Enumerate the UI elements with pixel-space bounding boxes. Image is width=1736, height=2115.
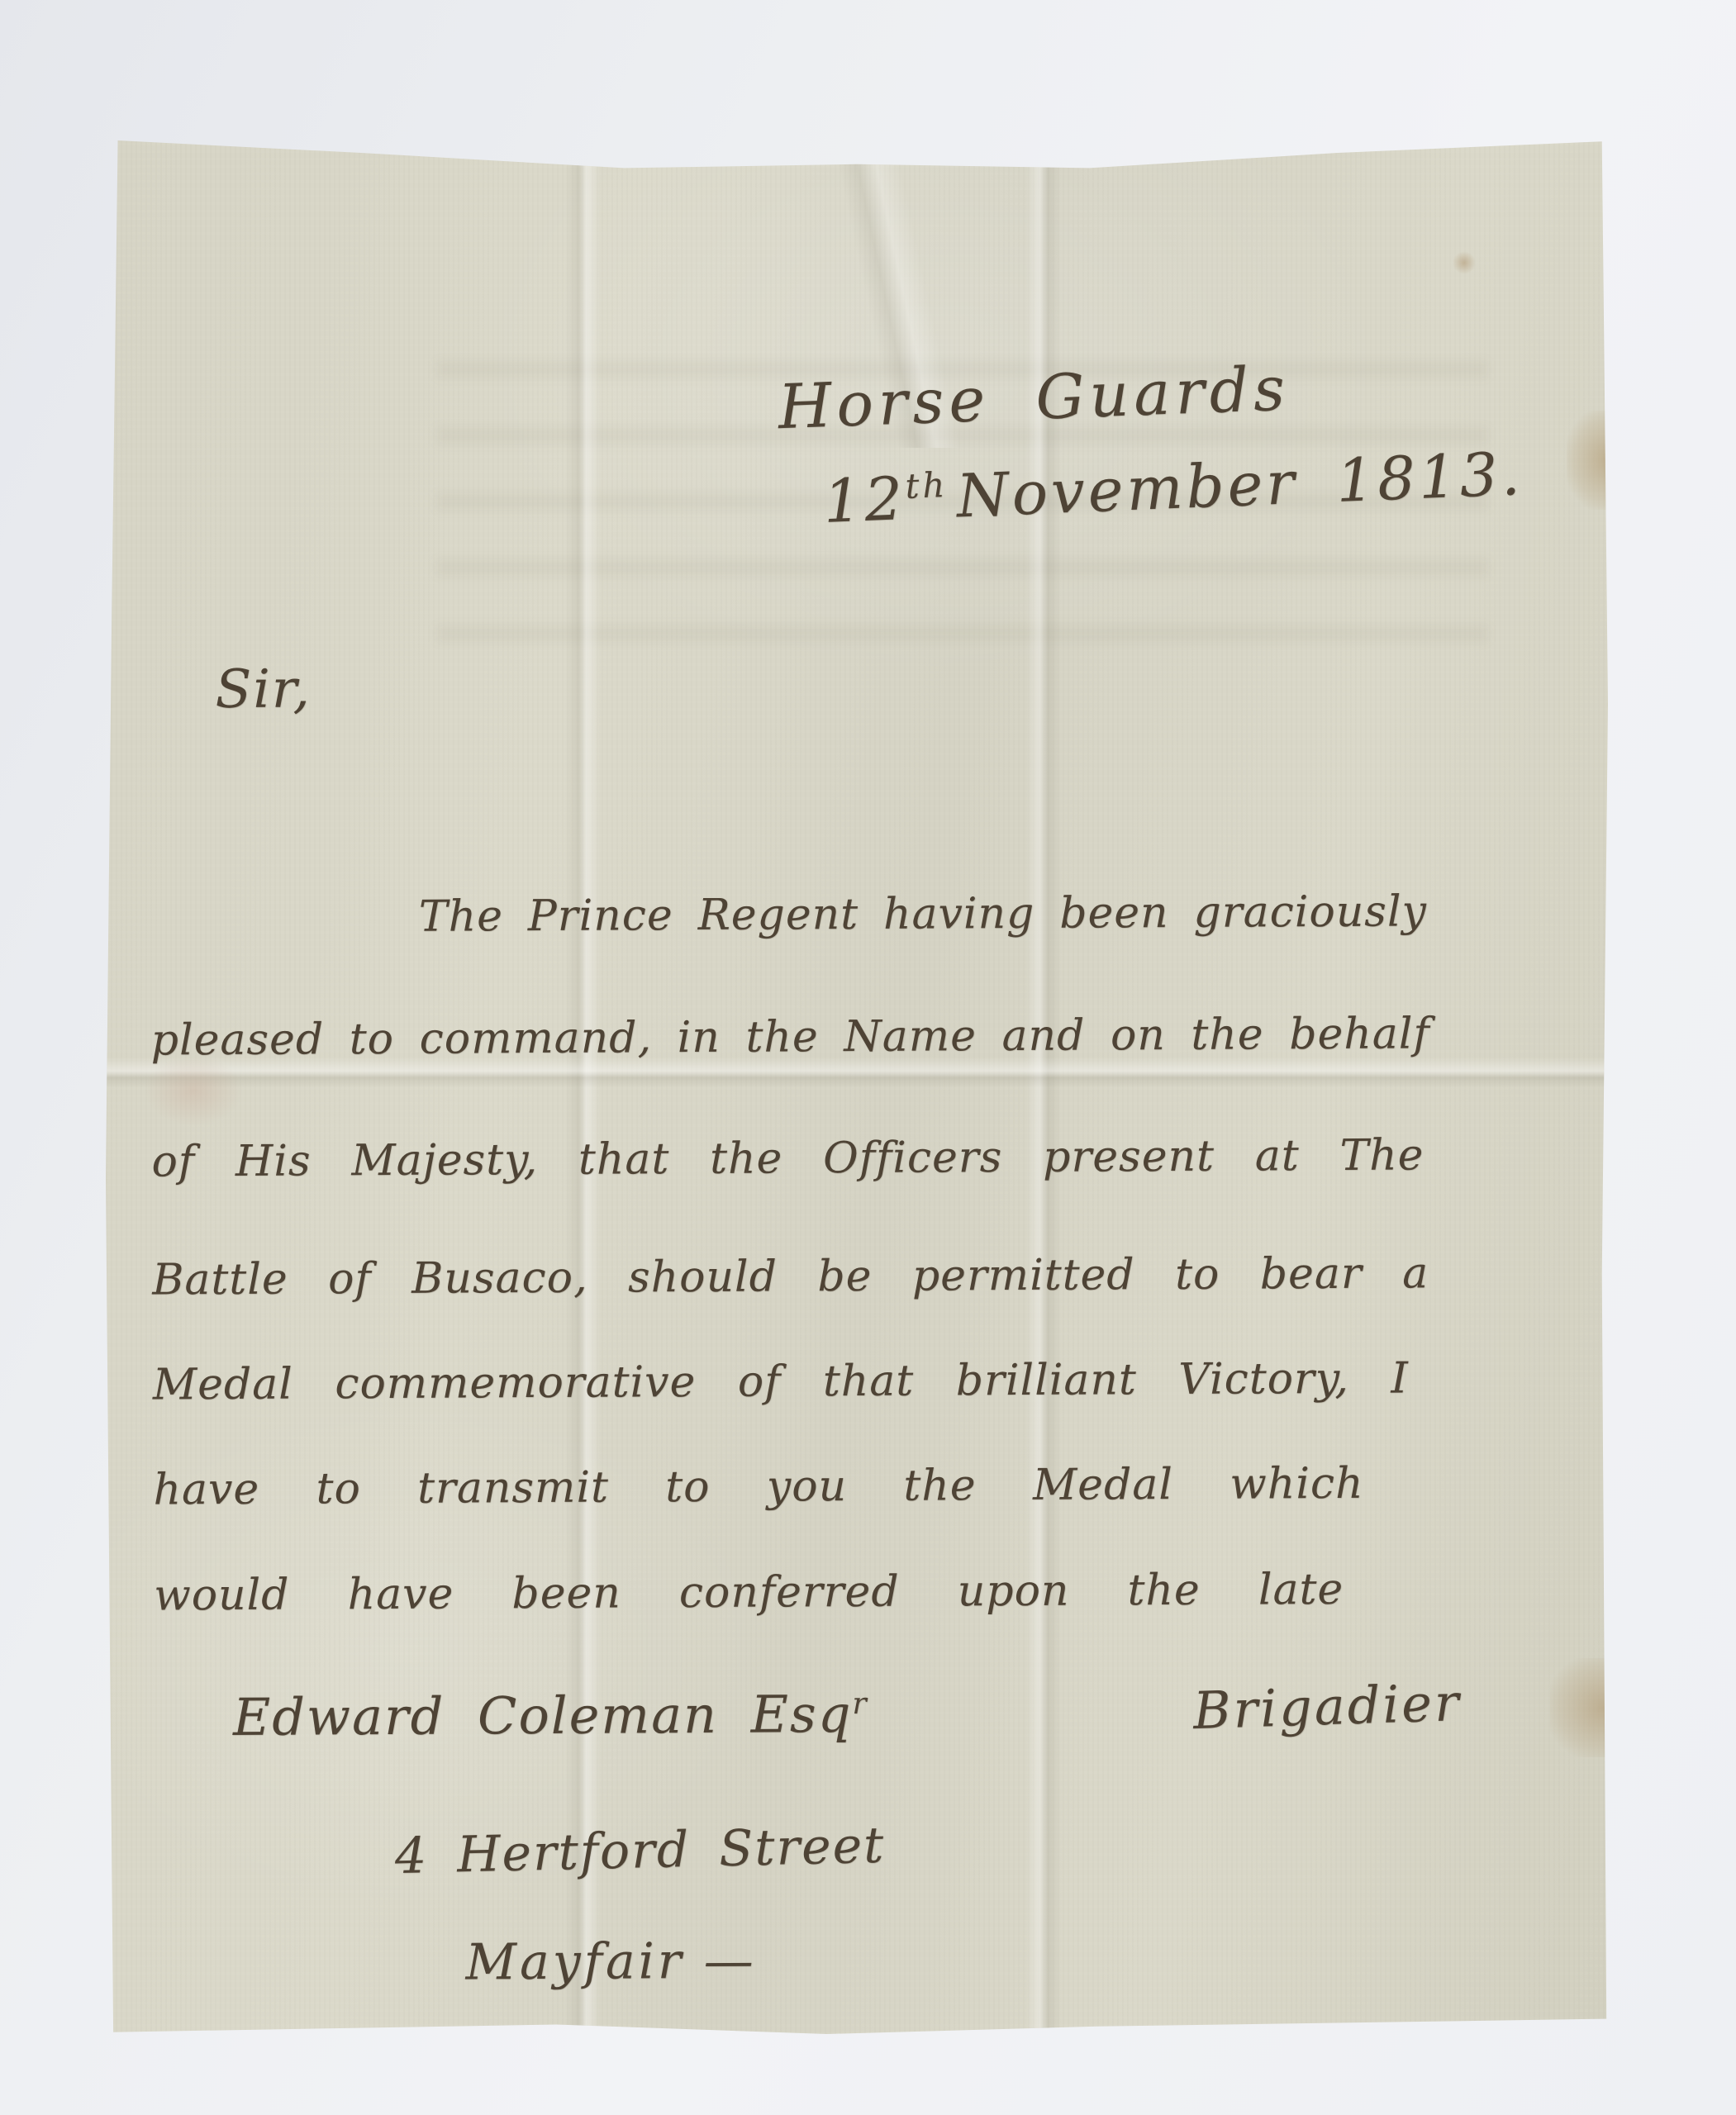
addressee-name-text: Edward Coleman Esq [233, 1684, 853, 1747]
letter-paper: Horse Guards 12thNovember 1813. Sir, The… [106, 134, 1608, 2034]
body-line: of His Majesty, that the Officers presen… [151, 1130, 1424, 1186]
body-line: The Prince Regent having been graciously [150, 886, 1427, 943]
letter-date-suffix: th [905, 464, 949, 506]
addressee-district: Mayfair — [465, 1932, 756, 1992]
body-line: Medal commemorative of that brilliant Vi… [153, 1354, 1409, 1410]
body-line: have to transmit to you the Medal which [153, 1459, 1363, 1515]
addressee-name: Edward Coleman Esqr [233, 1684, 877, 1747]
body-line: would have been conferred upon the late [154, 1565, 1344, 1621]
addressee-name-suffix: r [852, 1687, 868, 1721]
body-line: Battle of Busaco, should be permitted to… [152, 1248, 1429, 1305]
letter-text: Horse Guards 12thNovember 1813. Sir, The… [101, 130, 1613, 2037]
letter-date: 12thNovember 1813. [822, 439, 1524, 536]
letter-date-day: 12 [822, 463, 907, 536]
photo-background: Horse Guards 12thNovember 1813. Sir, The… [0, 0, 1736, 2115]
letter-date-rest: November 1813. [955, 439, 1524, 530]
salutation: Sir, [215, 658, 312, 720]
body-line: pleased to command, in the Name and on t… [151, 1009, 1430, 1065]
addressee-street: 4 Hertford Street [394, 1817, 886, 1885]
signature-title: Brigadier [1192, 1672, 1463, 1741]
letter-place: Horse Guards [777, 354, 1291, 444]
